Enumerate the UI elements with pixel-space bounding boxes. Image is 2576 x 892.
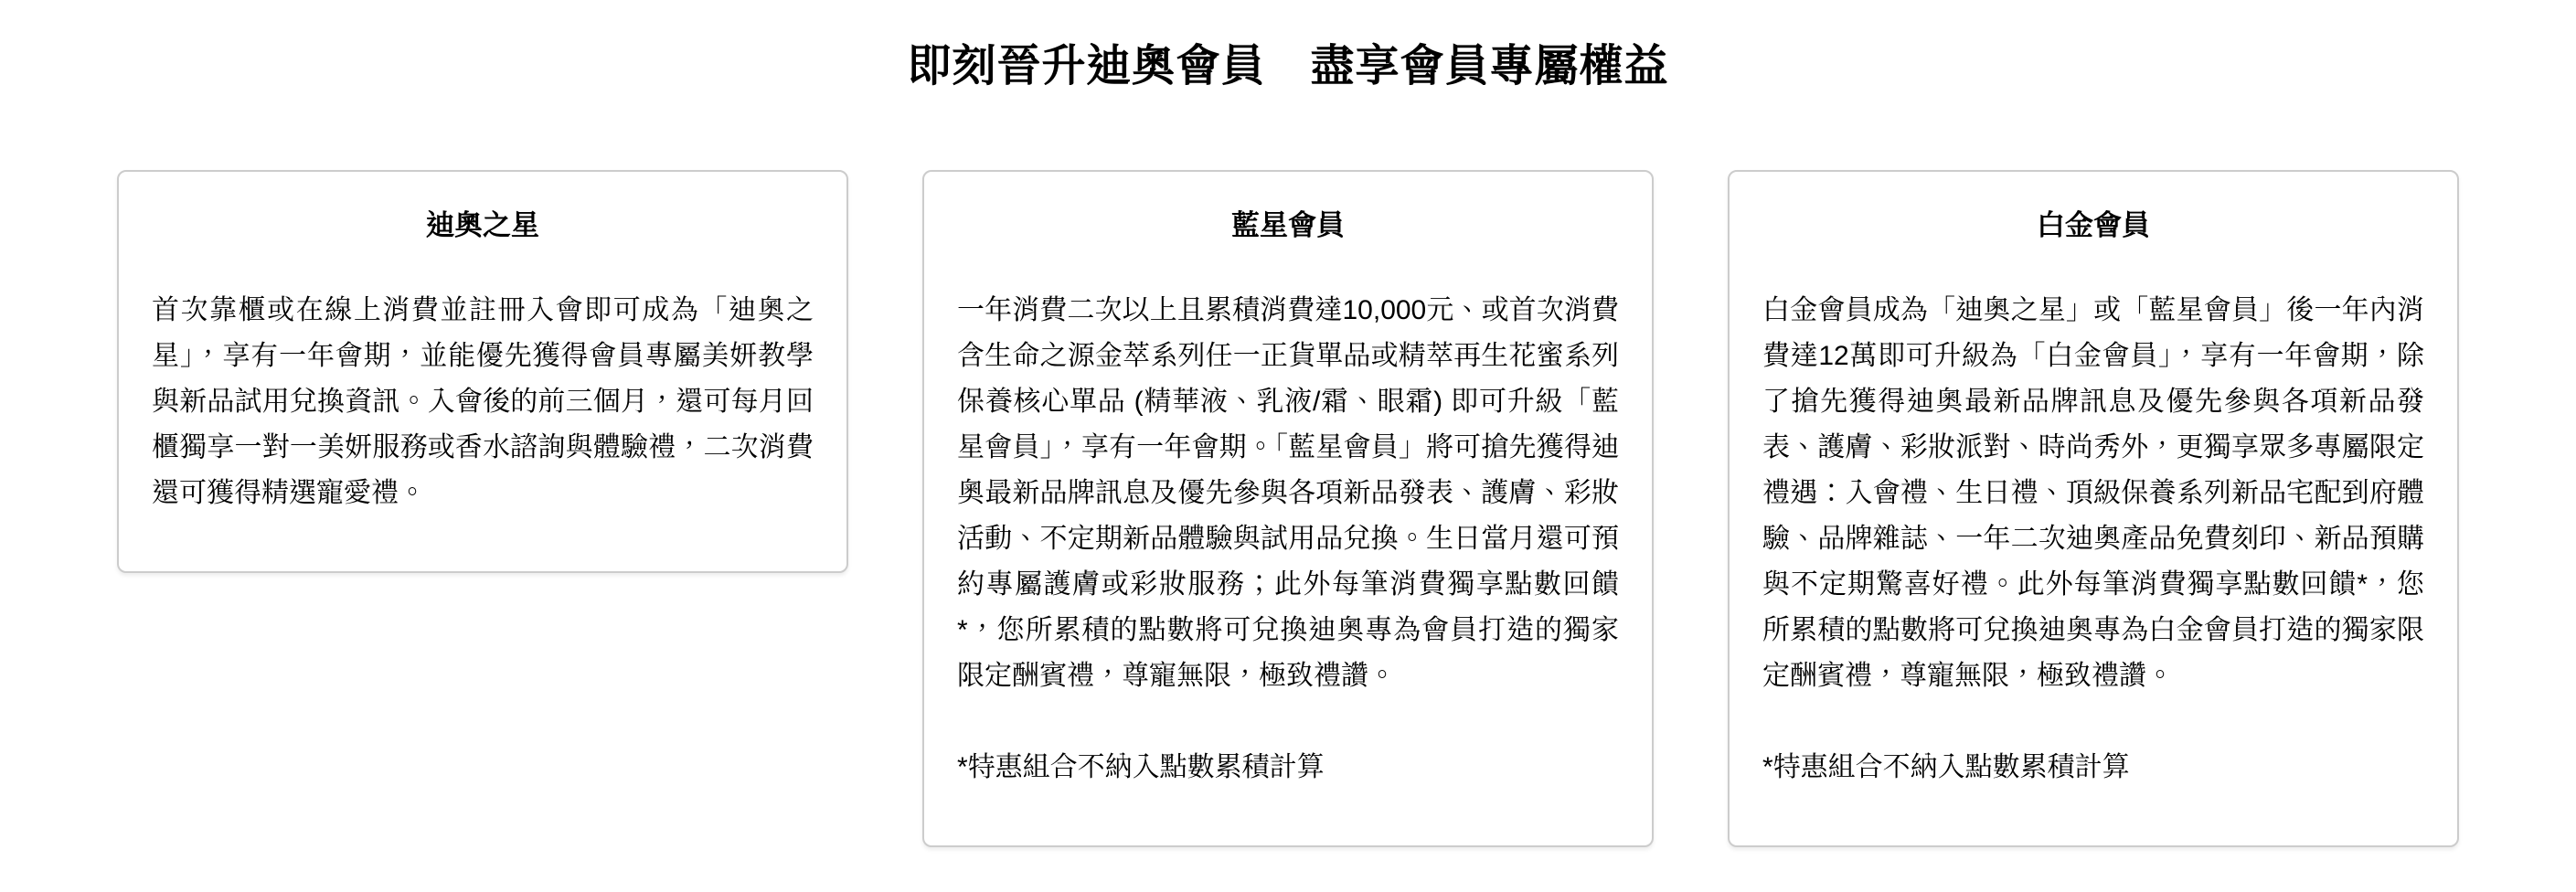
membership-cards-row: 迪奧之星 首次靠櫃或在線上消費並註冊入會即可成為「迪奧之星」，享有一年會期，並能…	[0, 170, 2576, 847]
tier-title-platinum: 白金會員	[1762, 208, 2424, 242]
tier-description-platinum: 白金會員成為「迪奧之星」或「藍星會員」後一年內消費達12萬即可升級為「白金會員」…	[1762, 288, 2424, 699]
tier-description-blue-star: 一年消費二次以上且累積消費達10,000元、或首次消費含生命之源金萃系列任一正貨…	[957, 288, 1619, 699]
tier-footnote-blue-star: *特惠組合不納入點數累積計算	[957, 745, 1619, 791]
membership-card-platinum: 白金會員 白金會員成為「迪奧之星」或「藍星會員」後一年內消費達12萬即可升級為「…	[1728, 170, 2459, 847]
membership-benefits-section: 即刻晉升迪奧會員 盡享會員專屬權益 迪奧之星 首次靠櫃或在線上消費並註冊入會即可…	[0, 0, 2576, 892]
section-title: 即刻晉升迪奧會員 盡享會員專屬權益	[0, 40, 2576, 93]
tier-description-dior-star: 首次靠櫃或在線上消費並註冊入會即可成為「迪奧之星」，享有一年會期，並能優先獲得會…	[152, 288, 814, 516]
membership-card-blue-star: 藍星會員 一年消費二次以上且累積消費達10,000元、或首次消費含生命之源金萃系…	[922, 170, 1654, 847]
tier-title-blue-star: 藍星會員	[957, 208, 1619, 242]
tier-footnote-platinum: *特惠組合不納入點數累積計算	[1762, 745, 2424, 791]
tier-title-dior-star: 迪奧之星	[152, 208, 814, 242]
membership-card-dior-star: 迪奧之星 首次靠櫃或在線上消費並註冊入會即可成為「迪奧之星」，享有一年會期，並能…	[117, 170, 848, 573]
